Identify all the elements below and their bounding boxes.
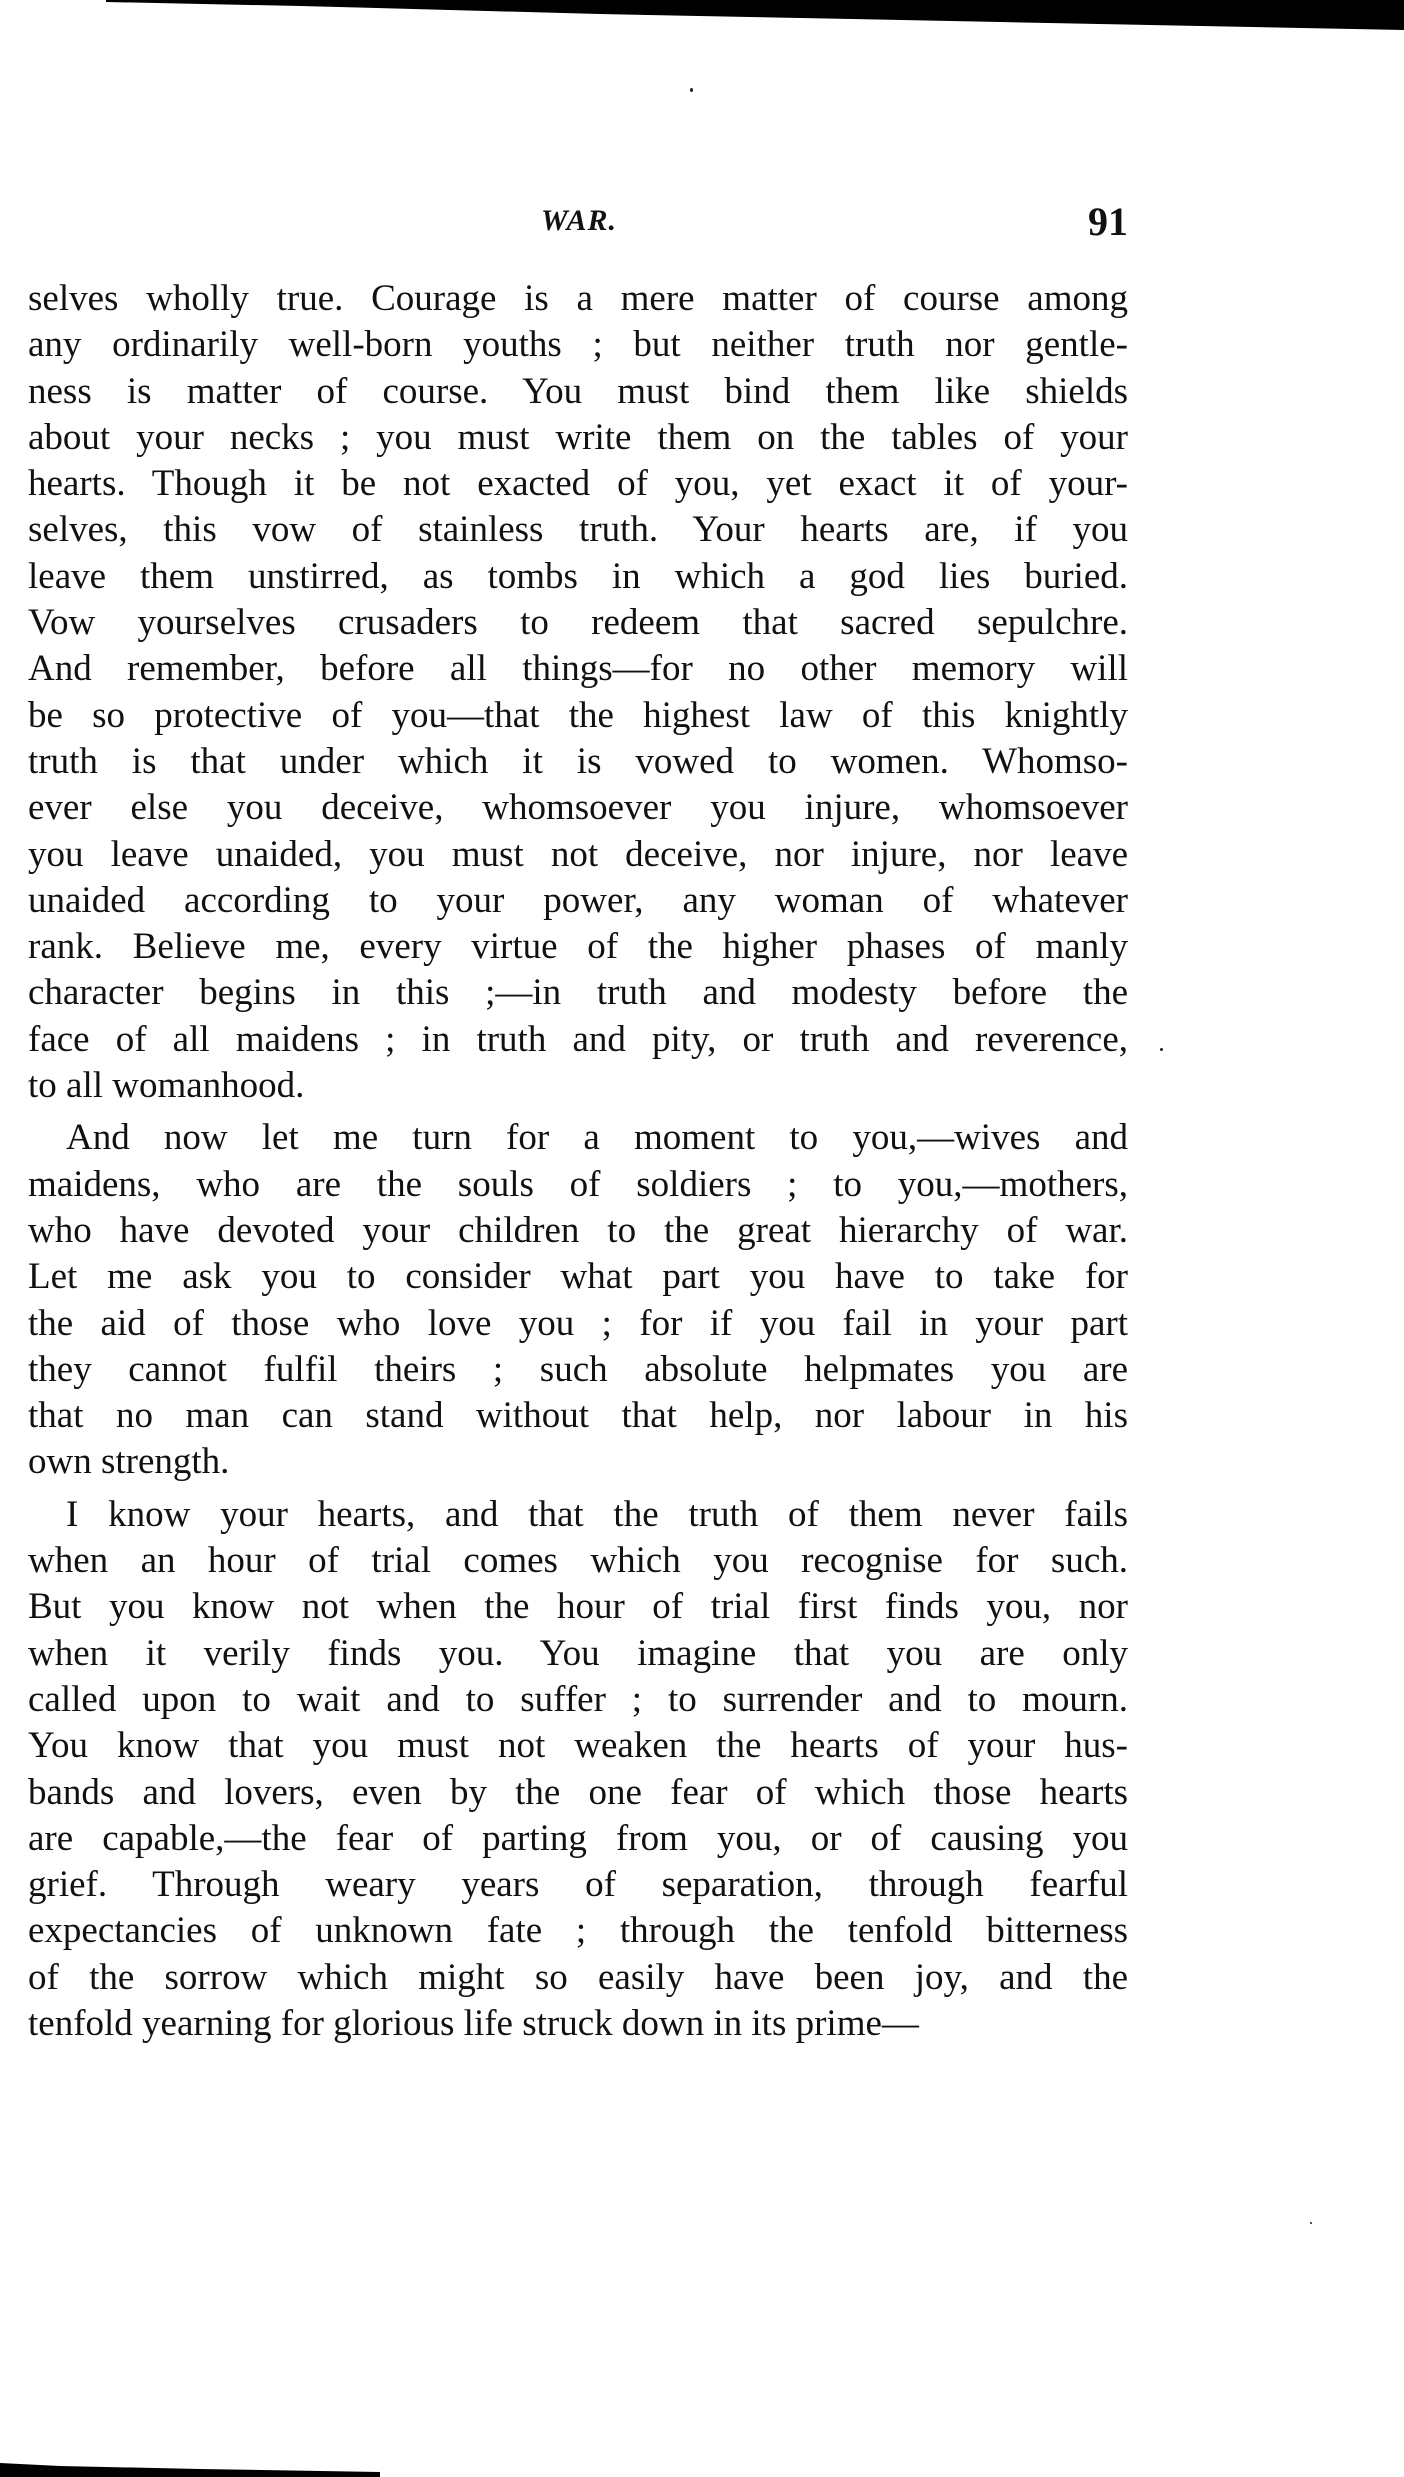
text-line: I know your hearts, and that the truth o…: [28, 1492, 1128, 1538]
scan-speck: [1310, 2222, 1312, 2224]
paragraph-1: selves wholly true. Courage is a mere ma…: [28, 276, 1128, 1109]
text-line: to all womanhood.: [28, 1063, 1128, 1109]
text-line: are capable,—the fear of parting from yo…: [28, 1816, 1128, 1862]
text-line: who have devoted your children to the gr…: [28, 1208, 1128, 1254]
text-line: And now let me turn for a moment to you,…: [28, 1115, 1128, 1161]
text-line: you leave unaided, you must not deceive,…: [28, 832, 1128, 878]
scan-edge-bottom: [0, 2463, 420, 2477]
text-line: rank. Believe me, every virtue of the hi…: [28, 924, 1128, 970]
text-line: that no man can stand without that help,…: [28, 1393, 1128, 1439]
text-line: And remember, before all things—for no o…: [28, 646, 1128, 692]
scan-edge-top: [0, 0, 1404, 32]
text-line: own strength.: [28, 1439, 1128, 1485]
text-line: maidens, who are the souls of soldiers ;…: [28, 1162, 1128, 1208]
text-line: leave them unstirred, as tombs in which …: [28, 554, 1128, 600]
text-line: about your necks ; you must write them o…: [28, 415, 1128, 461]
text-line: be so protective of you—that the highest…: [28, 693, 1128, 739]
text-line: they cannot fulfil theirs ; such absolut…: [28, 1347, 1128, 1393]
text-line: when an hour of trial comes which you re…: [28, 1538, 1128, 1584]
text-line: the aid of those who love you ; for if y…: [28, 1301, 1128, 1347]
scan-speck: [690, 88, 693, 92]
text-line: But you know not when the hour of trial …: [28, 1584, 1128, 1630]
text-line: tenfold yearning for glorious life struc…: [28, 2001, 1128, 2047]
text-line: Let me ask you to consider what part you…: [28, 1254, 1128, 1300]
text-line: of the sorrow which might so easily have…: [28, 1955, 1128, 2001]
paragraph-3: I know your hearts, and that the truth o…: [28, 1492, 1128, 2048]
running-head: WAR. 91: [0, 198, 1404, 248]
text-line: expectancies of unknown fate ; through t…: [28, 1908, 1128, 1954]
text-line: face of all maidens ; in truth and pity,…: [28, 1017, 1128, 1063]
text-line: Vow yourselves crusaders to redeem that …: [28, 600, 1128, 646]
text-line: unaided according to your power, any wom…: [28, 878, 1128, 924]
text-line: when it verily finds you. You imagine th…: [28, 1631, 1128, 1677]
text-line: any ordinarily well-born youths ; but ne…: [28, 322, 1128, 368]
text-line: called upon to wait and to suffer ; to s…: [28, 1677, 1128, 1723]
text-line: hearts. Though it be not exacted of you,…: [28, 461, 1128, 507]
text-line: ever else you deceive, whomsoever you in…: [28, 785, 1128, 831]
scan-speck: [1160, 1048, 1163, 1051]
paragraph-2: And now let me turn for a moment to you,…: [28, 1115, 1128, 1485]
text-line: selves, this vow of stainless truth. You…: [28, 507, 1128, 553]
body-text: selves wholly true. Courage is a mere ma…: [28, 276, 1128, 2047]
text-line: selves wholly true. Courage is a mere ma…: [28, 276, 1128, 322]
text-line: ness is matter of course. You must bind …: [28, 369, 1128, 415]
text-line: truth is that under which it is vowed to…: [28, 739, 1128, 785]
text-line: grief. Through weary years of separation…: [28, 1862, 1128, 1908]
page-number: 91: [1088, 198, 1128, 245]
text-line: bands and lovers, even by the one fear o…: [28, 1770, 1128, 1816]
text-line: You know that you must not weaken the he…: [28, 1723, 1128, 1769]
running-title: WAR.: [541, 204, 617, 238]
text-line: character begins in this ;—in truth and …: [28, 970, 1128, 1016]
